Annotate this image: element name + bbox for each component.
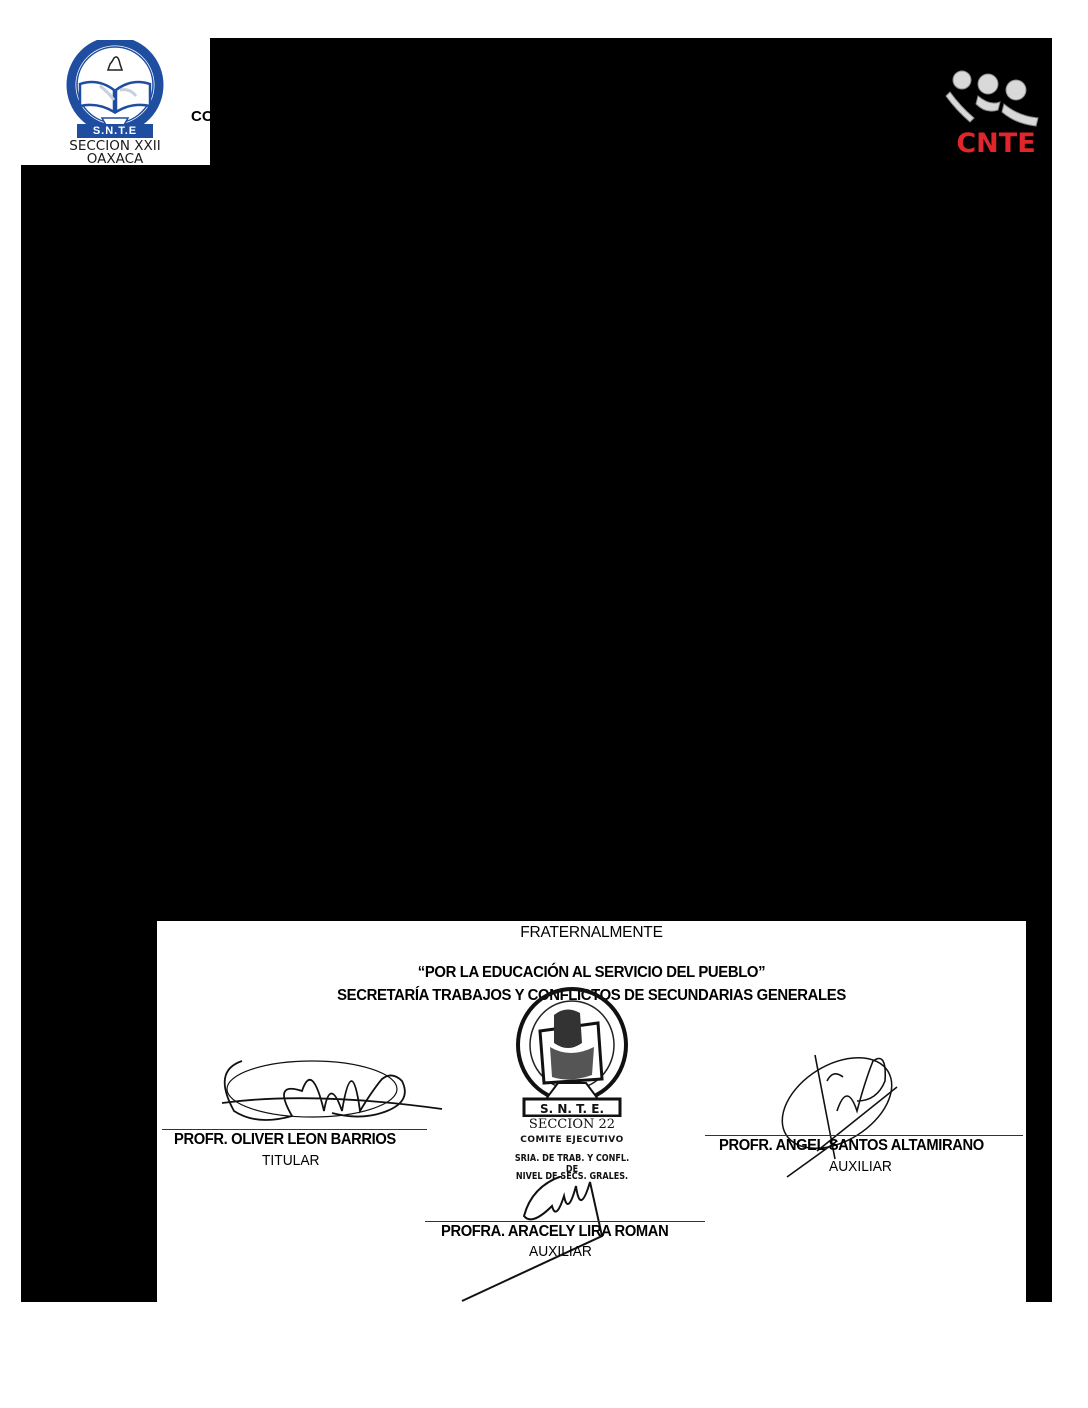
signature-titular	[212, 1051, 452, 1131]
signer-name-auxiliar-2: PROFRA. ARACELY LIRA ROMAN	[441, 1223, 668, 1241]
signer-name-auxiliar-1: PROFR. ANGEL SANTOS ALTAMIRANO	[719, 1137, 984, 1155]
cnte-logo: CNTE	[940, 66, 1052, 158]
redaction-block-left-margin	[21, 920, 157, 1302]
closing-salutation: FRATERNALMENTE	[157, 924, 1026, 942]
signature-block: FRATERNALMENTE “POR LA EDUCACIÓN AL SERV…	[157, 921, 1026, 1302]
closing-motto: “POR LA EDUCACIÓN AL SERVICIO DEL PUEBLO…	[187, 964, 995, 982]
signature-line-titular	[162, 1129, 427, 1130]
redaction-block-header	[210, 38, 1052, 166]
cnte-logo-text: CNTE	[956, 128, 1035, 158]
signer-role-auxiliar-1: AUXILIAR	[829, 1158, 892, 1175]
signer-role-titular: TITULAR	[262, 1152, 320, 1169]
redaction-block-right-margin	[1026, 920, 1052, 1302]
redaction-block-body	[21, 165, 1052, 921]
signer-name-titular: PROFR. OLIVER LEON BARRIOS	[174, 1131, 396, 1149]
snte-badge: S.N.T.E	[77, 124, 153, 138]
cnte-logo-icon: CNTE	[940, 66, 1052, 158]
official-seal-stamp-icon: S. N. T. E.	[502, 987, 642, 1117]
signer-role-auxiliar-2: AUXILIAR	[529, 1243, 592, 1260]
stamp-line-2: COMITE EJECUTIVO	[502, 1135, 642, 1145]
signature-line-auxiliar-1	[705, 1135, 1023, 1136]
stamp-badge: S. N. T. E.	[540, 1102, 604, 1116]
stamp-line-1: SECCION 22	[502, 1117, 642, 1132]
signature-line-auxiliar-2	[425, 1221, 705, 1222]
snte-logo: S.N.T.E SECCION XXII OAXACA	[40, 40, 190, 168]
official-stamp: S. N. T. E. SECCION 22 COMITE EJECUTIVO …	[502, 987, 642, 1197]
stamp-line-4: NIVEL DE SECS. GRALES.	[513, 1171, 632, 1182]
